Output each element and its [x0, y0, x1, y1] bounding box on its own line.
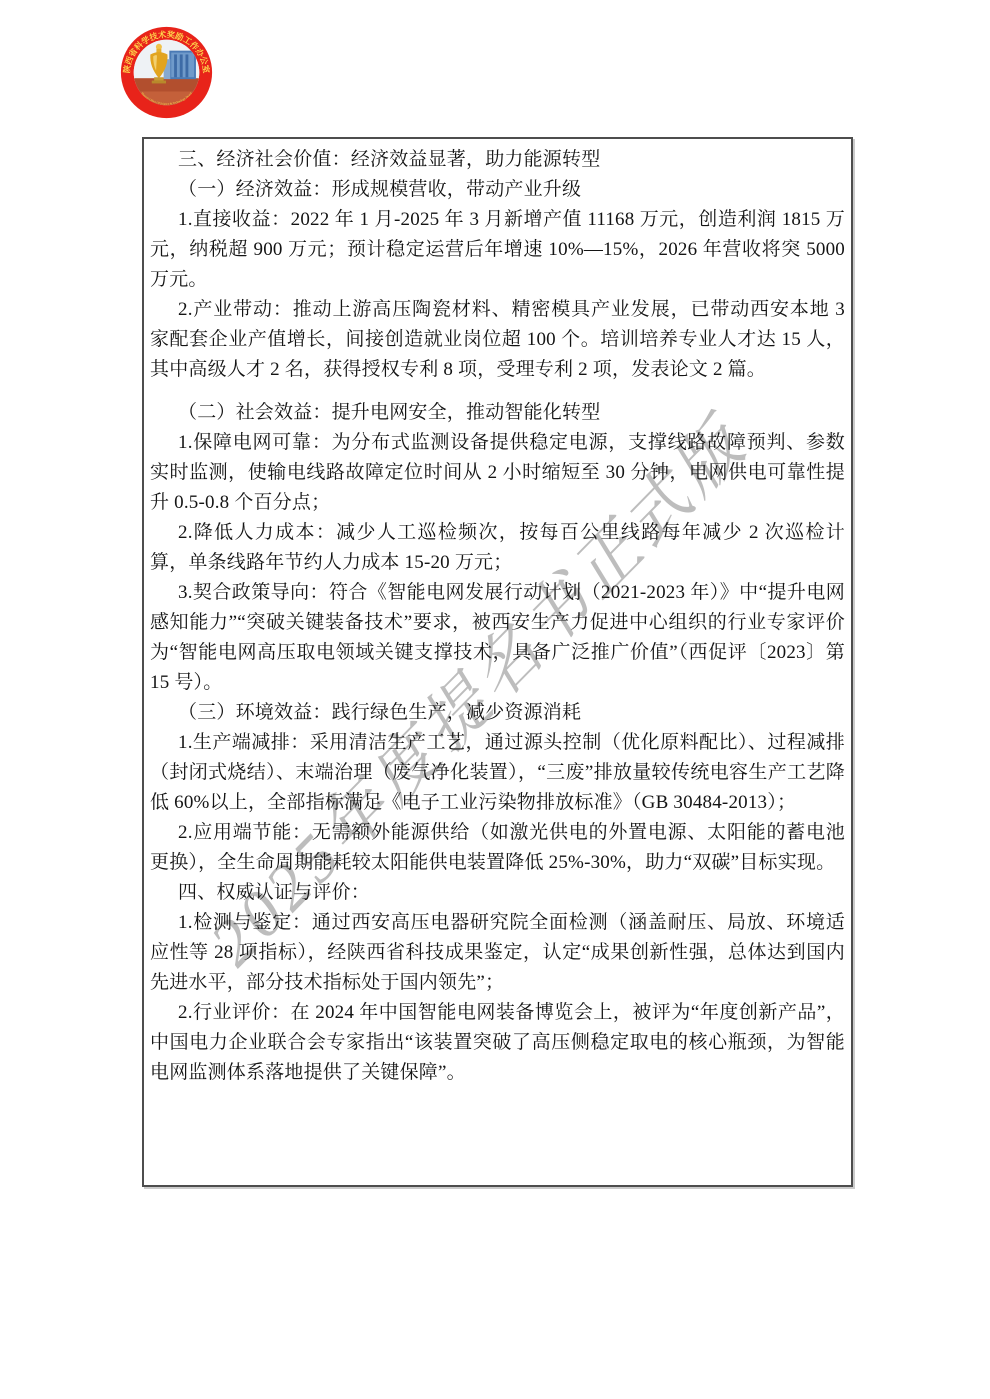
paragraph: 2.应用端节能：无需额外能源供给（如激光供电的外置电源、太阳能的蓄电池更换），全…: [150, 818, 845, 878]
award-office-seal: 陕西省科学技术奖励工作办公室 Shaanxi Office Of Science…: [119, 25, 214, 120]
subsection-heading: （三）环境效益：践行绿色生产，减少资源消耗: [150, 698, 845, 728]
paragraph: 1.生产端减排：采用清洁生产工艺，通过源头控制（优化原料配比）、过程减排（封闭式…: [150, 728, 845, 818]
paragraph: 3.契合政策导向：符合《智能电网发展行动计划（2021-2023 年）》中“提升…: [150, 578, 845, 698]
paragraph: 2.降低人力成本：减少人工巡检频次，按每百公里线路每年减少 2 次巡检计算，单条…: [150, 518, 845, 578]
subsection-heading: （一）经济效益：形成规模营收，带动产业升级: [150, 175, 845, 205]
section-heading: 四、权威认证与评价：: [150, 878, 845, 908]
paragraph: 1.直接收益：2022 年 1 月-2025 年 3 月新增产值 11168 万…: [150, 205, 845, 295]
seal-graphic: 陕西省科学技术奖励工作办公室 Shaanxi Office Of Science…: [119, 25, 214, 120]
paragraph: 1.检测与鉴定：通过西安高压电器研究院全面检测（涵盖耐压、局放、环境适应性等 2…: [150, 908, 845, 998]
paragraph: 1.保障电网可靠：为分布式监测设备提供稳定电源，支撑线路故障预判、参数实时监测，…: [150, 428, 845, 518]
paragraph: 2.行业评价：在 2024 年中国智能电网装备博览会上，被评为“年度创新产品”，…: [150, 998, 845, 1088]
document-content-cell: 三、经济社会价值：经济效益显著，助力能源转型 （一）经济效益：形成规模营收，带动…: [142, 137, 853, 1187]
subsection-heading: （二）社会效益：提升电网安全，推动智能化转型: [150, 398, 845, 428]
paragraph: 2.产业带动：推动上游高压陶瓷材料、精密模具产业发展，已带动西安本地 3 家配套…: [150, 295, 845, 385]
section-heading: 三、经济社会价值：经济效益显著，助力能源转型: [150, 145, 845, 175]
